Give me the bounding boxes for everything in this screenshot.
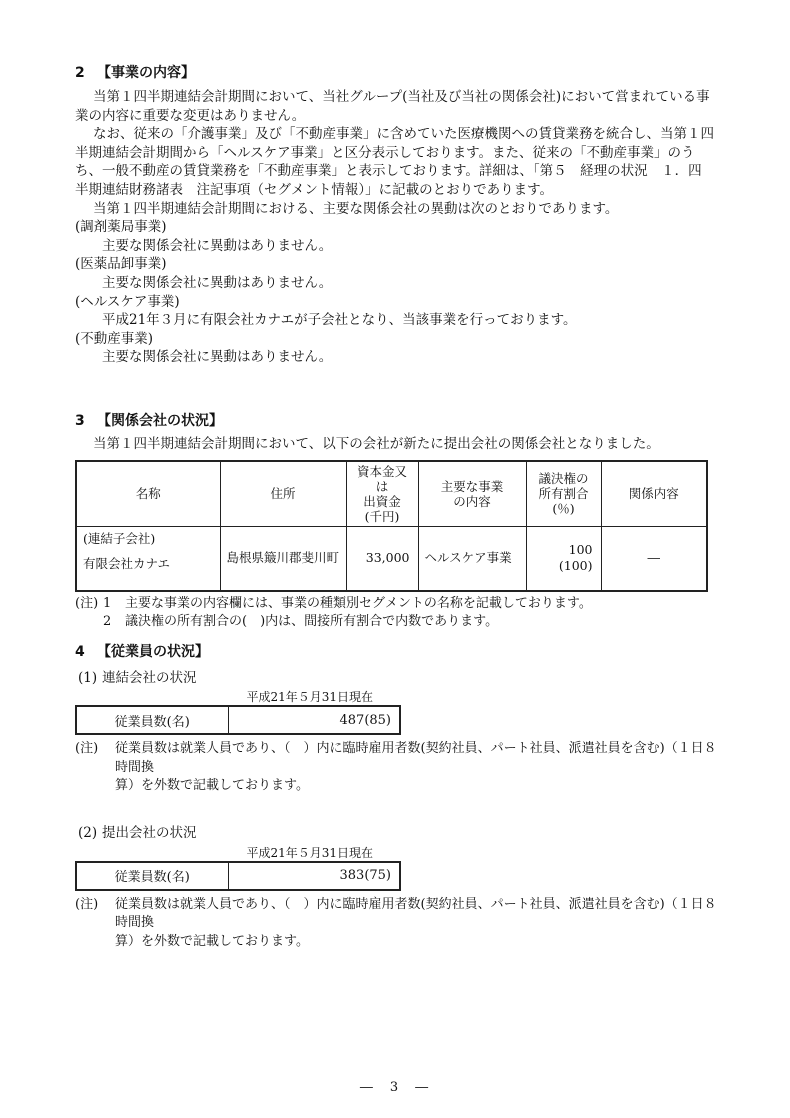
employees-table-reporting: 従業員数(名) 383(75) [75,861,401,891]
section-4-number: 4 [75,642,97,662]
section-3-intro: 当第１四半期連結会計期間において、以下の会社が新たに提出会社の関係会社となりまし… [75,435,723,454]
employees-note: (注) 従業員数は就業人員であり、（ ）内に臨時雇用者数(契約社員、パート社員、… [75,740,723,796]
section-3-title: 【関係会社の状況】 [97,411,223,431]
sub-heading-1-number: (1) [78,669,102,688]
paragraph-line: 半期連結会計期間から「ヘルスケア事業」と区分表示しております。また、従来の「不動… [75,144,723,163]
employees-note: (注) 従業員数は就業人員であり、（ ）内に臨時雇用者数(契約社員、パート社員、… [75,896,723,952]
section-3-number: 3 [75,411,97,431]
paragraph-line: 半期連結財務諸表 注記事項（セグメント情報）」に記載のとおりであります。 [75,181,723,200]
segment-text: 主要な関係会社に異動はありません。 [75,348,723,367]
section-2-title: 【事業の内容】 [97,63,195,83]
employee-count-label: 従業員数(名) [76,706,228,734]
sub-heading-2-number: (2) [78,824,102,843]
note-number: 2 [103,613,125,632]
section-3-heading: 3 【関係会社の状況】 [75,411,723,431]
note-line: 2 議決権の所有割合の( )内は、間接所有割合で内数であります。 [75,613,723,632]
col-header-voting: 議決権の 所有割合 (％) [526,461,601,527]
segment-text: 平成21年３月に有限会社カナエが子会社となり、当該事業を行っております。 [75,311,723,330]
segment-text: 主要な関係会社に異動はありません。 [75,274,723,293]
segment-text: 主要な関係会社に異動はありません。 [75,237,723,256]
segment-label: (医薬品卸事業) [75,255,723,274]
note-line: (注) 1 主要な事業の内容欄には、事業の種類別セグメントの名称を記載しておりま… [75,595,723,614]
note-text-line: 算）を外数で記載しております。 [115,777,723,796]
cell-capital: 33,000 [346,526,418,591]
note-text-line: 算）を外数で記載しております。 [115,933,723,952]
sub-heading-2-label: 提出会社の状況 [102,824,197,843]
company-group-label: (連結子会社) [83,531,214,547]
page-content: 2 【事業の内容】 当第１四半期連結会計期間において、当社グループ(当社及び当社… [75,63,723,979]
as-of-date: 平成21年５月31日現在 [75,845,397,861]
col-header-name: 名称 [76,461,220,527]
col-header-relation: 関係内容 [601,461,707,527]
note-mark: (注) [75,740,115,796]
note-text: 従業員数は就業人員であり、（ ）内に臨時雇用者数(契約社員、パート社員、派遣社員… [115,740,723,796]
table-notes: (注) 1 主要な事業の内容欄には、事業の種類別セグメントの名称を記載しておりま… [75,595,723,632]
cell-voting-ratio: 100 (100) [526,526,601,591]
section-2-number: 2 [75,63,97,83]
page-number: ― 3 ― [0,1076,790,1095]
segment-label: (調剤薬局事業) [75,218,723,237]
employees-reporting-company: (2) 提出会社の状況 平成21年５月31日現在 従業員数(名) 383(75)… [75,824,723,951]
note-text: 従業員数は就業人員であり、（ ）内に臨時雇用者数(契約社員、パート社員、派遣社員… [115,896,723,952]
paragraph-line: 当第１四半期連結会計期間における、主要な関係会社の異動は次のとおりであります。 [75,200,723,219]
section-2-heading: 2 【事業の内容】 [75,63,723,83]
table-row: 従業員数(名) 383(75) [76,862,400,890]
table-row: 従業員数(名) 487(85) [76,706,400,734]
cell-relation: ― [601,526,707,591]
related-company-table: 名称 住所 資本金又は 出資金 (千円) 主要な事業 の内容 議決権の 所有割合… [75,460,708,592]
paragraph-line: 業の内容に重要な変更はありません。 [75,107,723,126]
sub-heading-2: (2) 提出会社の状況 [78,824,723,843]
section-employees: 4 【従業員の状況】 (1) 連結会社の状況 平成21年５月31日現在 従業員数… [75,642,723,952]
section-4-heading: 4 【従業員の状況】 [75,642,723,662]
note-text: 議決権の所有割合の( )内は、間接所有割合で内数であります。 [125,613,498,632]
col-header-address: 住所 [220,461,346,527]
segment-label: (ヘルスケア事業) [75,293,723,312]
note-text-line: 従業員数は就業人員であり、（ ）内に臨時雇用者数(契約社員、パート社員、派遣社員… [115,740,723,777]
sub-heading-1-label: 連結会社の状況 [102,669,197,688]
note-mark: (注) [75,595,103,614]
cell-business: ヘルスケア事業 [418,526,526,591]
document-page: 2 【事業の内容】 当第１四半期連結会計期間において、当社グループ(当社及び当社… [0,0,790,1118]
paragraph-line: 当第１四半期連結会計期間において、当社グループ(当社及び当社の関係会社)において… [75,88,723,107]
note-text: 主要な事業の内容欄には、事業の種類別セグメントの名称を記載しております。 [125,595,592,614]
employees-table-consolidated: 従業員数(名) 487(85) [75,705,401,735]
col-header-capital: 資本金又は 出資金 (千円) [346,461,418,527]
section-related-companies: 3 【関係会社の状況】 当第１四半期連結会計期間において、以下の会社が新たに提出… [75,411,723,632]
table-row: (連結子会社) 有限会社カナエ 島根県簸川郡斐川町 33,000 ヘルスケア事業… [76,526,707,591]
company-name: 有限会社カナエ [83,556,214,572]
note-number: 1 [103,595,125,614]
table-header-row: 名称 住所 資本金又は 出資金 (千円) 主要な事業 の内容 議決権の 所有割合… [76,461,707,527]
paragraph-line: なお、従来の「介護事業」及び「不動産事業」に含めていた医療機関への賃貸業務を統合… [75,125,723,144]
section-4-title: 【従業員の状況】 [97,642,209,662]
sub-heading-1: (1) 連結会社の状況 [78,669,723,688]
note-mark: (注) [75,896,115,952]
col-header-business: 主要な事業 の内容 [418,461,526,527]
section-business-description: 2 【事業の内容】 当第１四半期連結会計期間において、当社グループ(当社及び当社… [75,63,723,367]
paragraph-line: ち、一般不動産の賃貸業務を「不動産事業」と表示しております。詳細は、「第５ 経理… [75,162,723,181]
employee-count-value: 383(75) [228,862,400,890]
note-text-line: 従業員数は就業人員であり、（ ）内に臨時雇用者数(契約社員、パート社員、派遣社員… [115,896,723,933]
as-of-date: 平成21年５月31日現在 [75,689,397,705]
segment-label: (不動産事業) [75,330,723,349]
cell-address: 島根県簸川郡斐川町 [220,526,346,591]
employee-count-label: 従業員数(名) [76,862,228,890]
employee-count-value: 487(85) [228,706,400,734]
employees-consolidated: (1) 連結会社の状況 平成21年５月31日現在 従業員数(名) 487(85)… [75,669,723,796]
cell-company-name: (連結子会社) 有限会社カナエ [76,526,220,591]
